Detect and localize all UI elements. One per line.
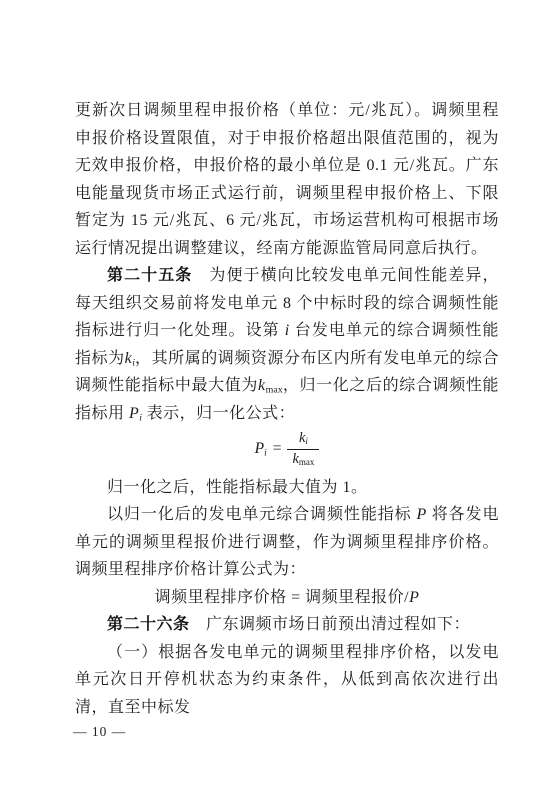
page-number: — 10 — bbox=[73, 724, 126, 740]
article-heading: 第二十五条 bbox=[107, 267, 192, 284]
text-run: （一）根据各发电单元的调频里程排序价格，以发电单元次日开停机状态为约束条件，从低… bbox=[75, 644, 499, 716]
text-run: = bbox=[267, 440, 288, 457]
text-run: max bbox=[266, 384, 283, 395]
para-article-26: 第二十六条 广东调频市场日前预出清过程如下： bbox=[75, 611, 499, 639]
fraction-denominator: kmax bbox=[287, 450, 319, 468]
text-run: 以归一化后的发电单元综合调频性能指标 bbox=[107, 506, 417, 523]
para-ranking-price: 以归一化后的发电单元综合调频性能指标 P 将各发电单元的调频里程报价进行调整，作… bbox=[75, 501, 499, 584]
text-run: P bbox=[417, 506, 427, 523]
text-run: k bbox=[258, 377, 266, 394]
text-run: P bbox=[129, 405, 139, 422]
text-run: i bbox=[305, 436, 308, 446]
formula-pi-normalization: Pi=kikmax bbox=[75, 431, 499, 468]
document-body: 更新次日调频里程申报价格（单位：元/兆瓦）。调频里程申报价格设置限值，对于申报价… bbox=[75, 97, 499, 721]
text-run: P bbox=[255, 440, 264, 457]
fraction: kikmax bbox=[287, 431, 319, 468]
text-run: 归一化之后，性能指标最大值为 1。 bbox=[107, 479, 368, 496]
fraction-numerator: ki bbox=[287, 431, 319, 450]
para-continuation-bid-price: 更新次日调频里程申报价格（单位：元/兆瓦）。调频里程申报价格设置限值，对于申报价… bbox=[75, 97, 499, 262]
text-run: 更新次日调频里程申报价格（单位：元/兆瓦）。调频里程申报价格设置限值，对于申报价… bbox=[75, 102, 499, 257]
para-article-25: 第二十五条 为便于横向比较发电单元间性能差异，每天组织交易前将发电单元 8 个中… bbox=[75, 262, 499, 427]
text-run: P bbox=[409, 589, 419, 606]
text-run: 调频里程排序价格 = 调频里程报价/ bbox=[155, 589, 409, 606]
document-page: 更新次日调频里程申报价格（单位：元/兆瓦）。调频里程申报价格设置限值，对于申报价… bbox=[0, 0, 560, 791]
para-after-normalization: 归一化之后，性能指标最大值为 1。 bbox=[75, 474, 499, 502]
para-item-1-clearing: （一）根据各发电单元的调频里程排序价格，以发电单元次日开停机状态为约束条件，从低… bbox=[75, 639, 499, 722]
text-run: max bbox=[299, 457, 314, 467]
line-ranking-price-formula: 调频里程排序价格 = 调频里程报价/P bbox=[75, 584, 499, 612]
text-run: 表示，归一化公式： bbox=[142, 405, 295, 422]
text-run: 广东调频市场日前预出清过程如下： bbox=[190, 616, 471, 633]
article-heading: 第二十六条 bbox=[107, 616, 190, 633]
